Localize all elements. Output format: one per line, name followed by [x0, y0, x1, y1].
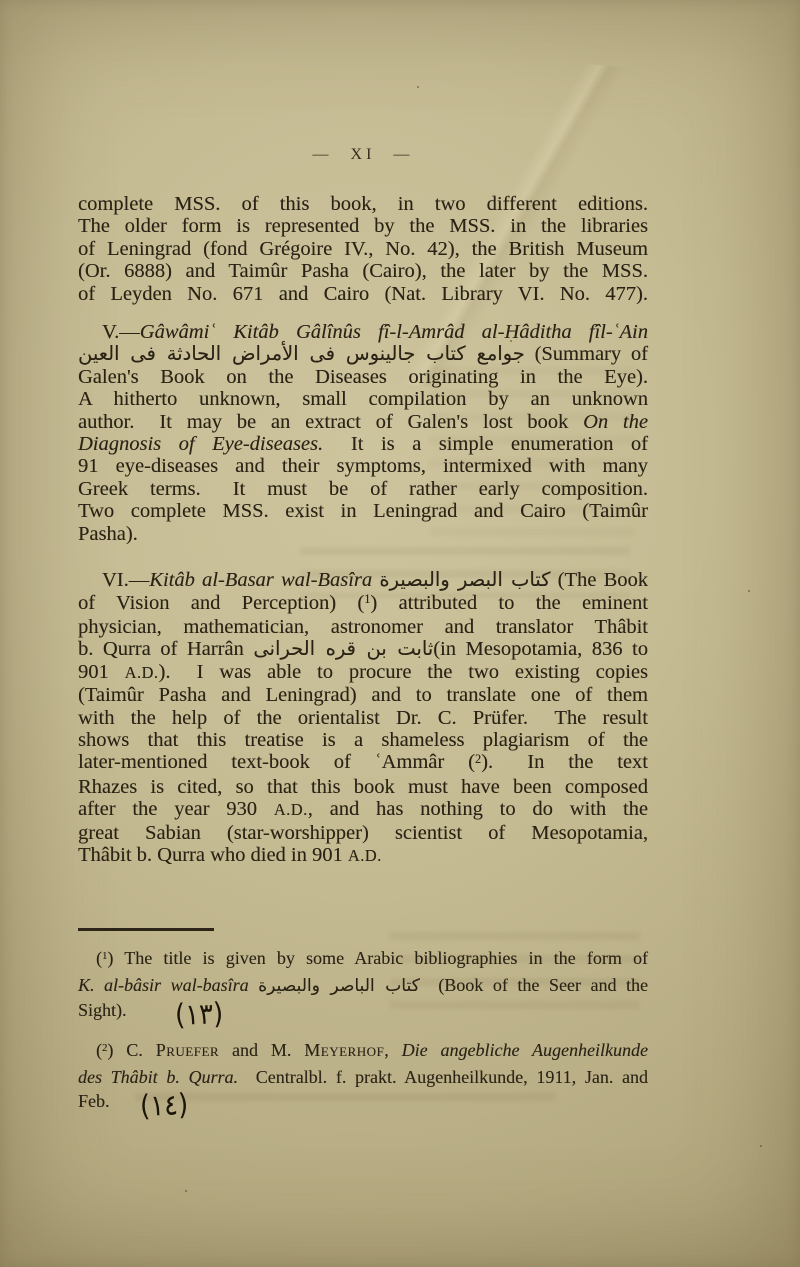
- text-run: Greek terms. It must be of rather early …: [78, 478, 648, 500]
- transliterated-title: Diagnosis of Eye-diseases.: [78, 433, 323, 455]
- text-run: Rhazes is cited, so that this book must …: [78, 776, 648, 798]
- text-line: 91 eye-diseases and their symptoms, inte…: [78, 455, 648, 477]
- arabic-title: كتاب البصر والبصيرة: [379, 568, 550, 591]
- text-run: , and has nothing to do with the: [308, 798, 648, 820]
- text-run: ). In the text: [481, 751, 648, 773]
- text-line: V.—Gâwâmiʿ Kitâb Gâlînûs fî-l-Amrâd al-H…: [78, 321, 648, 343]
- text-run: with the help of the orientalist Dr. C. …: [78, 707, 648, 729]
- paper-speck: [748, 590, 750, 592]
- footnote-2: (2) C. Pruefer and M. Meyerhof, Die ange…: [78, 1038, 648, 1118]
- footnote-separator-rule: [78, 928, 214, 931]
- paragraph-section-v: V.—Gâwâmiʿ Kitâb Gâlînûs fî-l-Amrâd al-H…: [78, 321, 648, 545]
- text-run: physician, mathematician, astronomer and…: [78, 616, 648, 638]
- text-run: Centralbl. f. prakt. Augenheilkunde, 191…: [238, 1067, 648, 1087]
- text-run: 91 eye-diseases and their symptoms, inte…: [78, 455, 648, 477]
- handwritten-number: (١٣): [174, 1001, 223, 1030]
- text-run: ) C.: [107, 1040, 155, 1060]
- text-run: Sight).: [78, 1000, 127, 1020]
- text-line: of Vision and Perception) (1) attributed…: [78, 592, 648, 616]
- author-name: Meyerhof: [304, 1040, 384, 1060]
- text-line: Feb.(١٤): [78, 1089, 648, 1118]
- text-run: of Leyden No. 671 and Cairo (Nat. Librar…: [78, 283, 648, 305]
- footnote-marker: 1: [364, 592, 370, 606]
- arabic-title: جوامع كتاب جالينوس فى الأمراض الحادثة فى…: [78, 342, 525, 365]
- footnote-marker: 1: [102, 950, 107, 962]
- scanned-book-page: — XI — complete MSS. of this book, in tw…: [0, 0, 800, 1267]
- text-run: author. It may be an extract of Galen's …: [78, 411, 583, 433]
- paper-speck: [760, 1145, 762, 1147]
- footnote-marker: 2: [102, 1042, 107, 1054]
- text-line: (Taimûr Pasha and Leningrad) and to tran…: [78, 684, 648, 706]
- text-line: later-mentioned text-book of ʿAmmâr (2).…: [78, 751, 648, 775]
- text-line: Greek terms. It must be of rather early …: [78, 478, 648, 500]
- text-run: (Book of the Seer and the: [420, 975, 648, 995]
- text-run: (Summary of: [525, 343, 648, 365]
- era-abbreviation: A.D.: [274, 800, 308, 819]
- footnote-marker: 2: [475, 752, 481, 766]
- text-line: complete MSS. of this book, in two diffe…: [78, 193, 648, 215]
- text-run: It is a simple enumeration of: [323, 433, 648, 455]
- text-run: complete MSS. of this book, in two diffe…: [78, 193, 648, 215]
- text-run: and M.: [219, 1040, 304, 1060]
- transliterated-title: K. al-bâsir wal-basîra: [78, 975, 258, 995]
- text-run: The older form is represented by the MSS…: [78, 215, 648, 237]
- era-abbreviation: A.D.: [348, 846, 382, 865]
- transliterated-title: On the: [583, 411, 648, 433]
- arabic-title: ثابت بن قره الحرانى: [253, 637, 433, 660]
- text-line: VI.—Kitâb al-Basar wal-Basîra كتاب البصر…: [78, 569, 648, 591]
- text-run: ). I was able to procure the two existin…: [159, 661, 649, 683]
- author-name: Pruefer: [156, 1040, 219, 1060]
- text-line: (Or. 6888) and Taimûr Pasha (Cairo), the…: [78, 260, 648, 282]
- text-run: Thâbit b. Qurra who died in 901: [78, 844, 348, 866]
- text-line: great Sabian (star-worshipper) scientist…: [78, 822, 648, 844]
- text-line: K. al-bâsir wal-basîra كتاب الباصر والبص…: [78, 973, 648, 998]
- text-line: author. It may be an extract of Galen's …: [78, 411, 648, 433]
- paragraph-section-vi: VI.—Kitâb al-Basar wal-Basîra كتاب البصر…: [78, 569, 648, 867]
- text-line: Thâbit b. Qurra who died in 901 A.D.: [78, 844, 648, 867]
- text-line: A hitherto unknown, small compilation by…: [78, 388, 648, 410]
- paragraph-continuation: complete MSS. of this book, in two diffe…: [78, 193, 648, 305]
- text-run: great Sabian (star-worshipper) scientist…: [78, 822, 648, 844]
- text-run: of Leningrad (fond Grégoire IV., No. 42)…: [78, 238, 648, 260]
- text-line: with the help of the orientalist Dr. C. …: [78, 707, 648, 729]
- handwritten-number: (١٤): [139, 1092, 188, 1121]
- text-run: ) attributed to the eminent: [370, 592, 648, 614]
- text-line: after the year 930 A.D., and has nothing…: [78, 798, 648, 821]
- text-run: VI.—: [102, 569, 149, 591]
- paper-speck: [417, 86, 419, 88]
- transliterated-title: Die angebliche Augenheilkunde: [402, 1040, 648, 1060]
- footnotes: (1) The title is given by some Arabic bi…: [78, 946, 648, 1118]
- text-run: Pasha).: [78, 523, 138, 545]
- text-run: (in Mesopotamia, 836 to: [433, 638, 648, 660]
- era-abbreviation: A.D.: [125, 663, 159, 682]
- text-run: (Taimûr Pasha and Leningrad) and to tran…: [78, 684, 648, 706]
- text-line: of Leningrad (fond Grégoire IV., No. 42)…: [78, 238, 648, 260]
- text-run: Two complete MSS. exist in Leningrad and…: [78, 500, 648, 522]
- text-run: (Or. 6888) and Taimûr Pasha (Cairo), the…: [78, 260, 648, 282]
- text-line: Diagnosis of Eye-diseases. It is a simpl…: [78, 433, 648, 455]
- text-run: after the year 930: [78, 798, 274, 820]
- text-run: later-mentioned text-book of ʿAmmâr (: [78, 751, 475, 773]
- transliterated-title: Gâwâmiʿ Kitâb Gâlînûs fî-l-Amrâd al-Hâdi…: [140, 321, 648, 343]
- text-line: des Thâbit b. Qurra. Centralbl. f. prakt…: [78, 1065, 648, 1089]
- text-run: ) The title is given by some Arabic bibl…: [107, 948, 648, 968]
- text-line: (1) The title is given by some Arabic bi…: [78, 946, 648, 973]
- text-run: (The Book: [550, 569, 648, 591]
- text-line: جوامع كتاب جالينوس فى الأمراض الحادثة فى…: [78, 343, 648, 365]
- text-line: Pasha).: [78, 523, 648, 545]
- text-line: (2) C. Pruefer and M. Meyerhof, Die ange…: [78, 1038, 648, 1065]
- page-number: — XI —: [78, 146, 648, 164]
- text-run: b. Qurra of Harrân: [78, 638, 253, 660]
- text-run: A hitherto unknown, small compilation by…: [78, 388, 648, 410]
- text-line: Sight).(١٣): [78, 998, 648, 1027]
- transliterated-title: Kitâb al-Basar wal-Basîra: [149, 569, 379, 591]
- text-line: 901 A.D.). I was able to procure the two…: [78, 661, 648, 684]
- text-line: physician, mathematician, astronomer and…: [78, 616, 648, 638]
- text-run: Galen's Book on the Diseases originating…: [78, 366, 648, 388]
- arabic-title: كتاب الباصر والبصيرة: [258, 976, 420, 996]
- text-run: V.—: [102, 321, 140, 343]
- text-line: The older form is represented by the MSS…: [78, 215, 648, 237]
- paper-speck: [185, 1190, 187, 1192]
- text-run: 901: [78, 661, 125, 683]
- text-line: Galen's Book on the Diseases originating…: [78, 366, 648, 388]
- text-line: shows that this treatise is a shameless …: [78, 729, 648, 751]
- text-run: of Vision and Perception) (: [78, 592, 364, 614]
- text-line: Two complete MSS. exist in Leningrad and…: [78, 500, 648, 522]
- text-line: Rhazes is cited, so that this book must …: [78, 776, 648, 798]
- text-run: shows that this treatise is a shameless …: [78, 729, 648, 751]
- footnote-1: (1) The title is given by some Arabic bi…: [78, 946, 648, 1027]
- transliterated-title: des Thâbit b. Qurra.: [78, 1067, 238, 1087]
- text-line: of Leyden No. 671 and Cairo (Nat. Librar…: [78, 283, 648, 305]
- text-line: b. Qurra of Harrân ثابت بن قره الحرانى(i…: [78, 638, 648, 660]
- text-run: ,: [384, 1040, 401, 1060]
- text-run: Feb.: [78, 1091, 110, 1111]
- text-column: complete MSS. of this book, in two diffe…: [78, 193, 648, 867]
